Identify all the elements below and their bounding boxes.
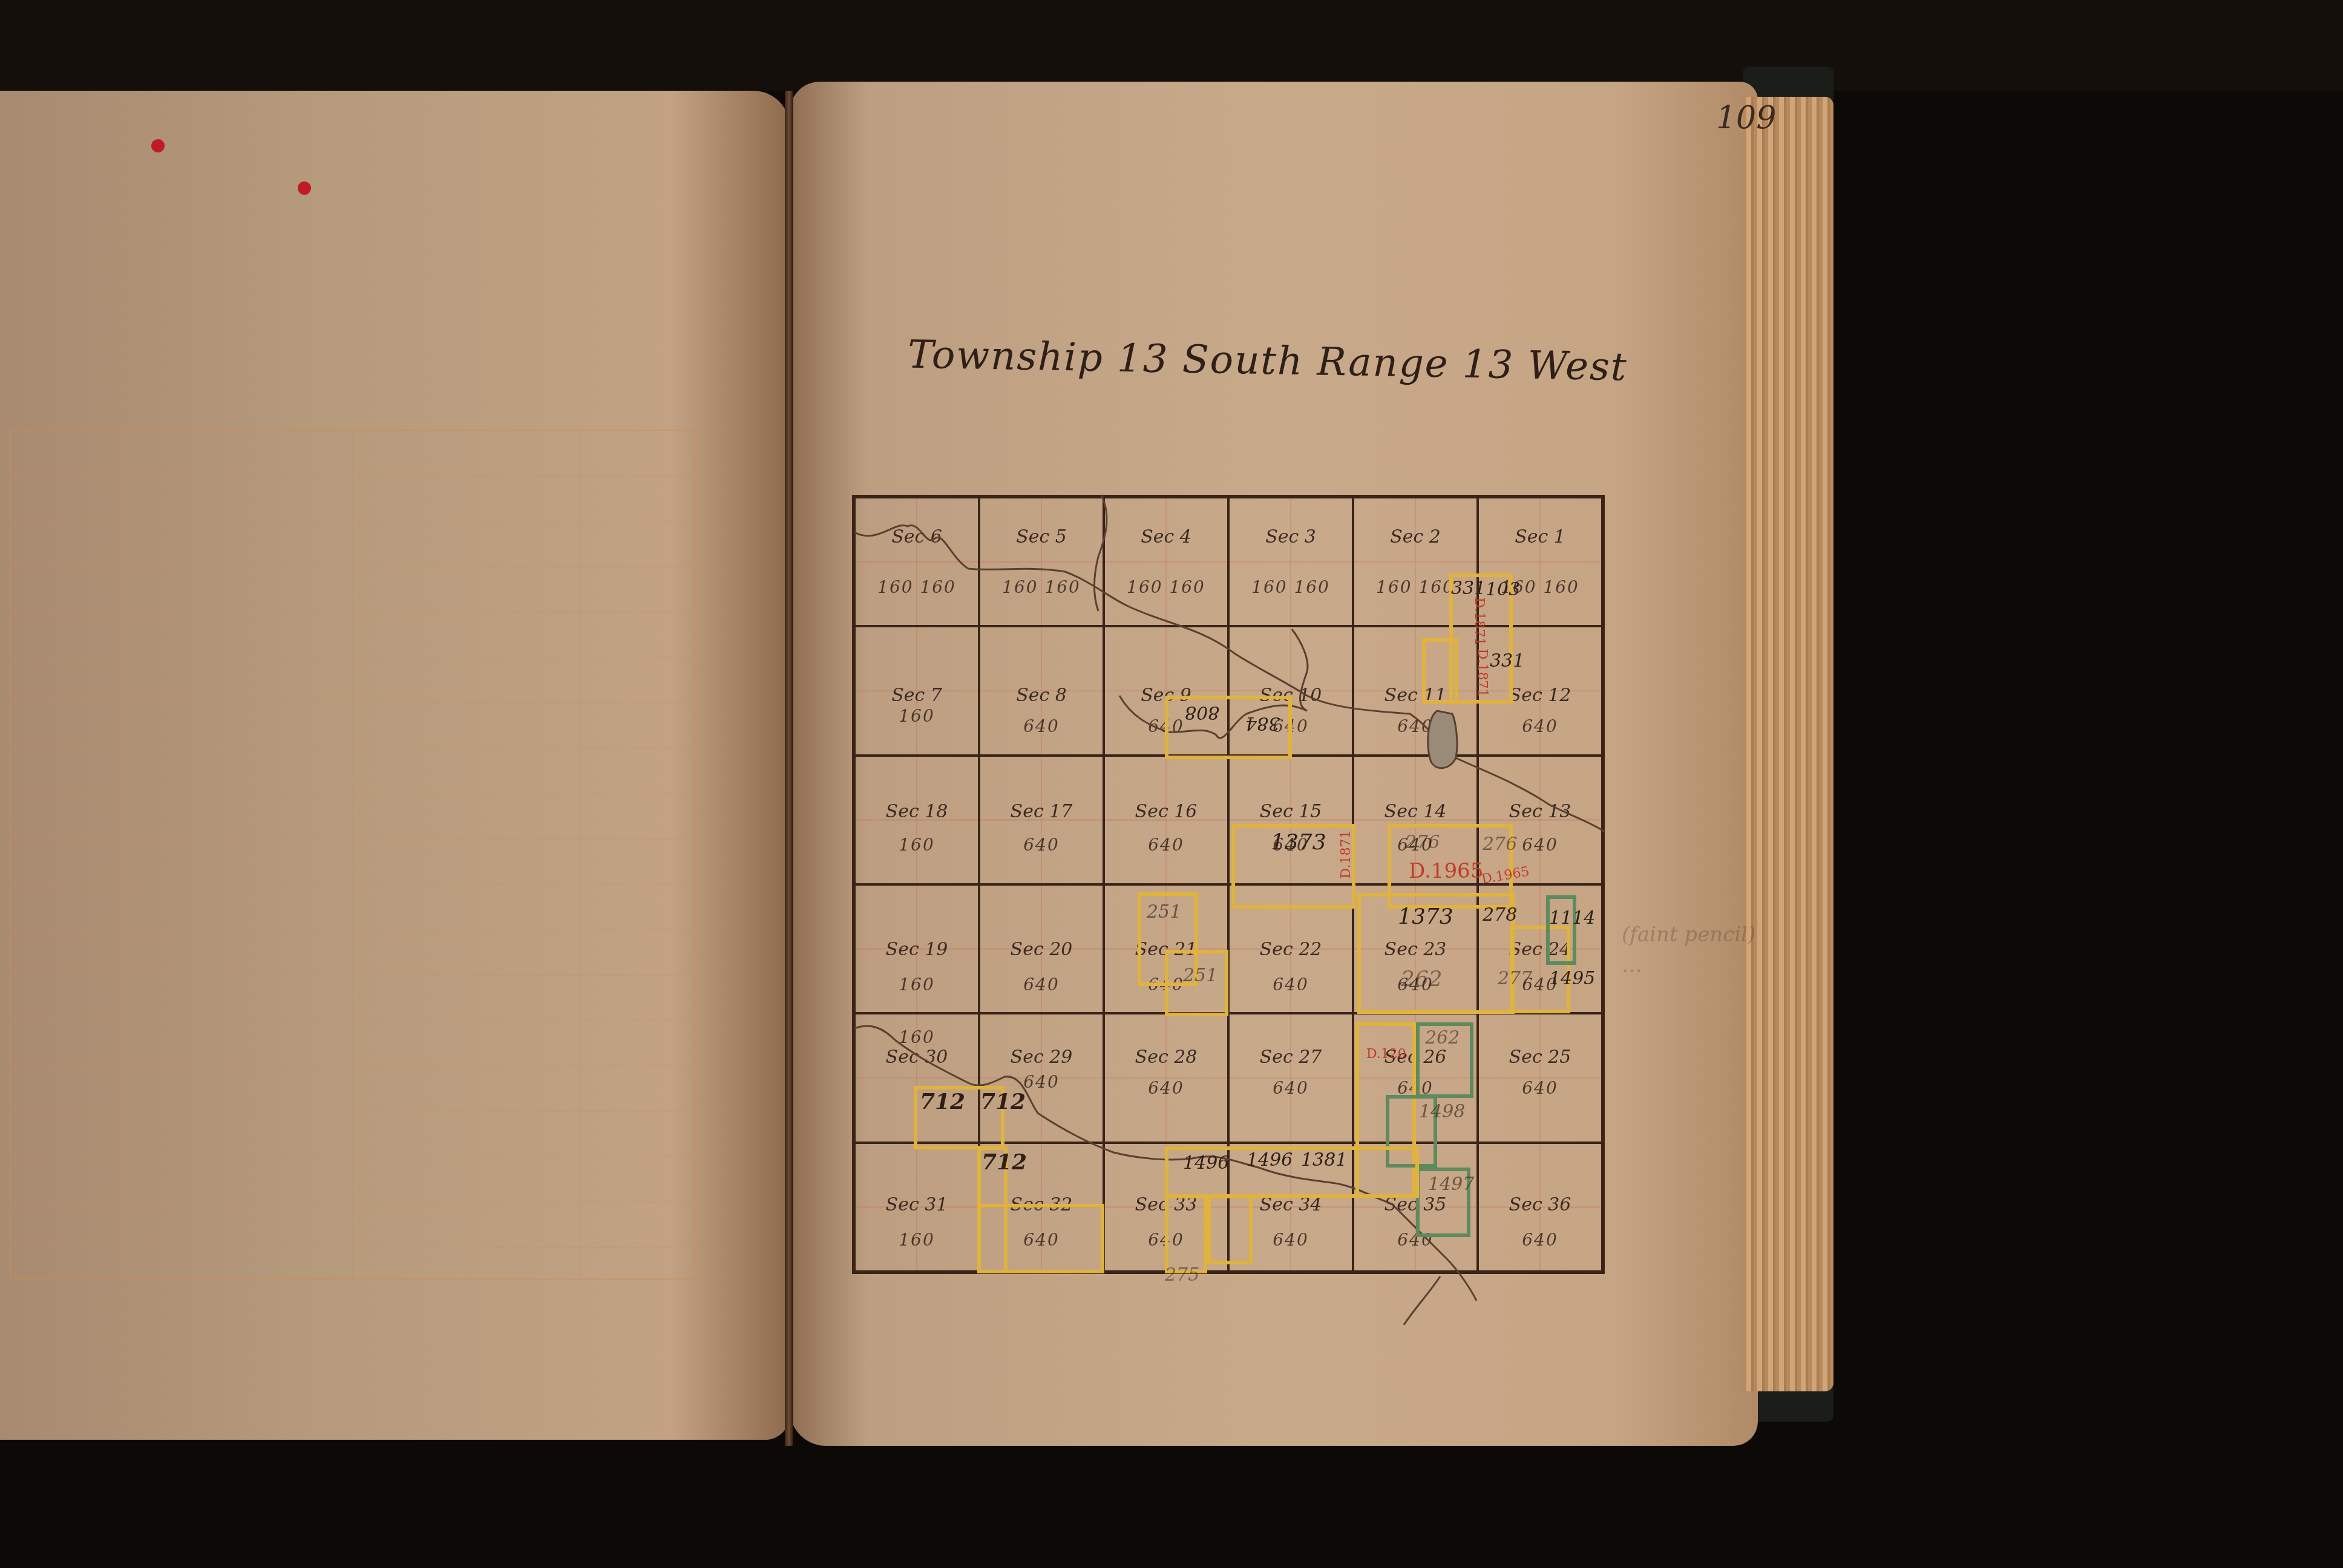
section-acreage: 640	[1230, 1078, 1352, 1098]
section-acreage: 640	[980, 835, 1103, 855]
section-label: Sec 15	[1230, 801, 1352, 822]
section-cell: Sec 20640	[979, 884, 1104, 1013]
page-number: 109	[1716, 100, 1776, 136]
section-label: Sec 29	[980, 1047, 1103, 1068]
section-label: Sec 3	[1230, 526, 1352, 547]
entry-number: 1114	[1549, 907, 1595, 929]
entry-number: 103	[1486, 579, 1520, 600]
parcel-highlight	[1207, 1195, 1253, 1264]
section-cell: Sec 27640	[1228, 1013, 1353, 1142]
entry-number: 1496	[1247, 1149, 1293, 1171]
section-label: Sec 8	[980, 685, 1103, 706]
section-label: Sec 14	[1354, 801, 1476, 822]
section-label: Sec 27	[1230, 1047, 1352, 1068]
section-label: Sec 16	[1105, 801, 1227, 822]
section-acreage: 160	[856, 1027, 978, 1047]
left-page-faint-grid	[9, 430, 696, 1280]
entry-annotation: D.1871	[1339, 831, 1354, 879]
entry-annotation: D.120	[1366, 1047, 1406, 1062]
section-cell: Sec 6160 160	[854, 497, 979, 626]
parcel-highlight	[1165, 1195, 1207, 1273]
entry-number: 278	[1483, 904, 1517, 926]
section-label: Sec 7	[856, 685, 978, 706]
entry-annotation: D.1965	[1409, 859, 1483, 883]
entry-number: 1495	[1549, 968, 1595, 989]
section-label: Sec 18	[856, 801, 978, 822]
parcel-highlight	[1422, 638, 1458, 704]
entry-number: 262	[1425, 1027, 1460, 1048]
entry-number: 1496	[1183, 1152, 1229, 1174]
entry-number: 1381	[1301, 1149, 1347, 1171]
section-label: Sec 22	[1230, 939, 1352, 960]
section-cell: Sec 31160	[854, 1143, 979, 1272]
section-label: Sec 1	[1479, 526, 1601, 547]
book-photograph: 109 Township 13 South Range 13 West (fai…	[0, 0, 2343, 1568]
entry-number: 712	[920, 1089, 965, 1114]
entry-number: 384	[1245, 713, 1280, 734]
section-acreage: 160	[856, 1230, 978, 1250]
entry-number: 275	[1165, 1264, 1199, 1285]
section-acreage: 160 160	[856, 577, 978, 597]
entry-number: 276	[1483, 834, 1517, 855]
section-label: Sec 19	[856, 939, 978, 960]
section-cell: Sec 3160 160	[1228, 497, 1353, 626]
parcel-highlight	[977, 1204, 1104, 1273]
section-cell: Sec 18160	[854, 756, 979, 884]
section-label: Sec 20	[980, 939, 1103, 960]
entry-number: 712	[980, 1089, 1026, 1114]
section-acreage: 160 160	[1105, 577, 1227, 597]
parcel-highlight-green	[1546, 895, 1576, 965]
section-acreage: 160	[856, 975, 978, 995]
section-cell: Sec 28640	[1104, 1013, 1228, 1142]
margin-note: (faint pencil) …	[1622, 920, 1755, 981]
section-acreage: 160	[856, 706, 978, 726]
red-ink-dot	[151, 139, 165, 152]
section-cell: Sec 4160 160	[1104, 497, 1228, 626]
book-gutter	[785, 91, 793, 1446]
entry-number: 331	[1490, 650, 1524, 671]
section-label: Sec 13	[1479, 801, 1601, 822]
section-cell: Sec 17640	[979, 756, 1104, 884]
section-label: Sec 31	[856, 1194, 978, 1215]
section-acreage: 640	[1479, 1078, 1601, 1098]
section-label: Sec 6	[856, 526, 978, 547]
section-cell: Sec 5160 160	[979, 497, 1104, 626]
section-cell: Sec 8640	[979, 626, 1104, 755]
entry-number: 808	[1185, 702, 1219, 723]
entry-number: 251	[1183, 965, 1217, 986]
section-acreage: 640	[1105, 835, 1227, 855]
section-label: Sec 2	[1354, 526, 1476, 547]
entry-number: 331	[1451, 578, 1486, 599]
section-acreage: 640	[1230, 975, 1352, 995]
entry-number: 1373	[1271, 830, 1326, 855]
page-edges	[1743, 97, 1833, 1391]
entry-number: 1498	[1419, 1101, 1465, 1122]
section-cell: Sec 7160	[854, 626, 979, 755]
section-acreage: 640	[1354, 716, 1476, 736]
entry-number: 262	[1401, 967, 1443, 991]
entry-annotation: D.1871	[1475, 649, 1490, 697]
section-label: Sec 36	[1479, 1194, 1601, 1215]
section-cell: Sec 19160	[854, 884, 979, 1013]
section-acreage: 640	[1479, 716, 1601, 736]
section-acreage: 160	[856, 835, 978, 855]
margin-note-line: …	[1622, 950, 1755, 981]
left-page	[0, 91, 790, 1440]
section-acreage: 160 160	[1230, 577, 1352, 597]
section-acreage: 640	[980, 716, 1103, 736]
section-acreage: 640	[1105, 1078, 1227, 1098]
section-acreage: 640	[1479, 1230, 1601, 1250]
section-cell: Sec 25640	[1478, 1013, 1602, 1142]
section-cell: Sec 16640	[1104, 756, 1228, 884]
section-label: Sec 28	[1105, 1047, 1227, 1068]
book-cover-top	[0, 0, 2343, 91]
entry-number: 1373	[1398, 904, 1453, 929]
section-acreage: 160 160	[980, 577, 1103, 597]
section-acreage: 640	[980, 975, 1103, 995]
section-label: Sec 4	[1105, 526, 1227, 547]
section-label: Sec 5	[980, 526, 1103, 547]
section-cell: Sec 36640	[1478, 1143, 1602, 1272]
entry-number: 276	[1405, 832, 1440, 853]
entry-number: 251	[1147, 901, 1181, 923]
entry-number: 712	[981, 1149, 1027, 1175]
section-label: Sec 30	[856, 1047, 978, 1068]
section-label: Sec 25	[1479, 1047, 1601, 1068]
entry-annotation: D.1871	[1472, 598, 1487, 646]
entry-number: 277	[1498, 968, 1532, 989]
section-label: Sec 17	[980, 801, 1103, 822]
margin-note-line: (faint pencil)	[1622, 920, 1755, 950]
red-ink-dot	[298, 181, 311, 195]
entry-number: 1497	[1428, 1174, 1474, 1195]
